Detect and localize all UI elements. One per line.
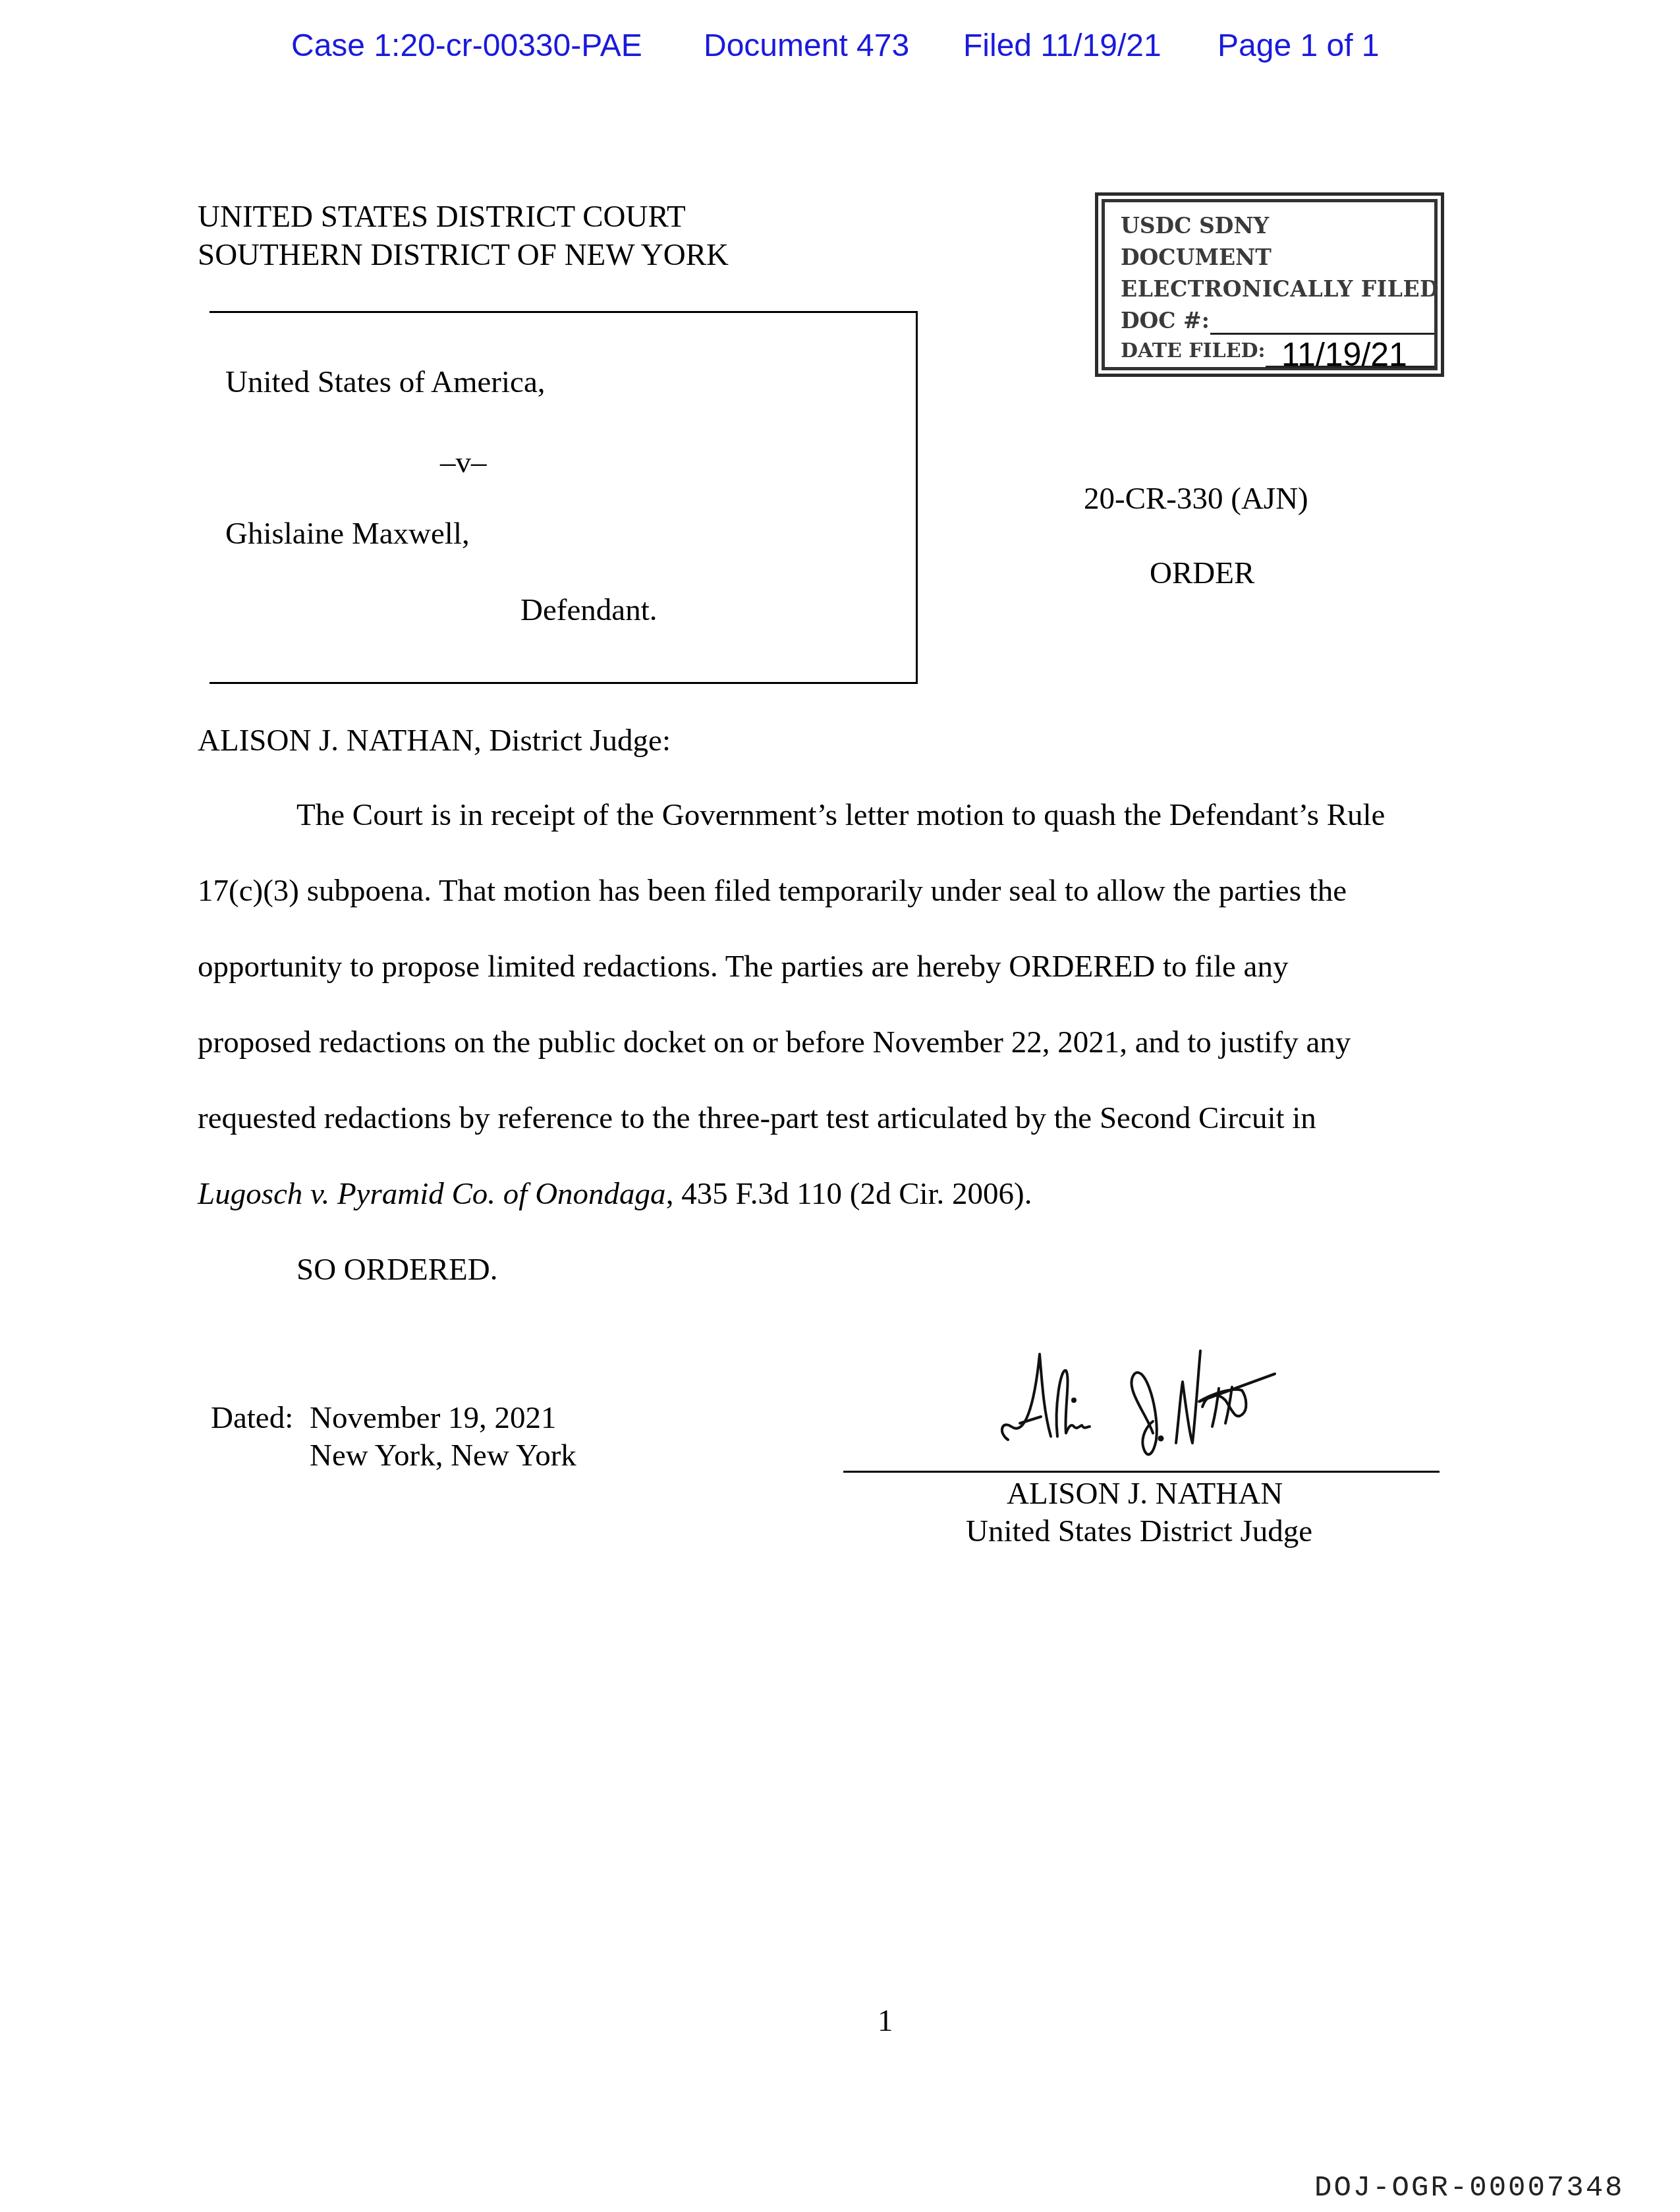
court-name: UNITED STATES DISTRICT COURT	[198, 198, 729, 236]
versus: –v–	[440, 445, 487, 480]
case-citation-reporter: , 435 F.3d 110 (2d Cir. 2006).	[666, 1177, 1032, 1211]
ecf-document-number: Document 473	[704, 28, 909, 64]
body-line: opportunity to propose limited redaction…	[198, 949, 1288, 984]
signature-line	[843, 1471, 1440, 1473]
court-heading: UNITED STATES DISTRICT COURT SOUTHERN DI…	[198, 198, 729, 274]
judge-address: ALISON J. NATHAN, District Judge:	[198, 723, 671, 758]
plaintiff: United States of America,	[225, 364, 546, 400]
case-number: 20-CR-330 (AJN)	[1084, 481, 1308, 517]
filing-stamp: USDC SDNY DOCUMENT ELECTRONICALLY FILED …	[1095, 192, 1444, 377]
filing-stamp-inner: USDC SDNY DOCUMENT ELECTRONICALLY FILED …	[1102, 199, 1438, 370]
body-line: proposed redactions on the public docket…	[198, 1025, 1351, 1060]
so-ordered: SO ORDERED.	[296, 1252, 498, 1288]
body-line: The Court is in receipt of the Governmen…	[296, 797, 1385, 833]
body-line: requested redactions by reference to the…	[198, 1100, 1316, 1136]
stamp-doc-number-line	[1210, 333, 1434, 335]
case-citation-name: Lugosch v. Pyramid Co. of Onondaga	[198, 1177, 666, 1211]
page-number: 1	[878, 2003, 893, 2039]
court-district: SOUTHERN DISTRICT OF NEW YORK	[198, 236, 729, 274]
stamp-date-value: 11/19/21	[1281, 335, 1407, 374]
stamp-court: USDC SDNY	[1121, 213, 1269, 239]
ecf-filed-date: Filed 11/19/21	[963, 28, 1162, 64]
defendant-label: Defendant.	[520, 592, 657, 628]
case-caption-box: United States of America, –v– Ghislaine …	[210, 311, 918, 684]
bates-number: DOJ-OGR-00007348	[1314, 2172, 1624, 2205]
handwritten-signature-icon	[988, 1328, 1331, 1460]
stamp-date-line	[1266, 366, 1434, 368]
ecf-page-count: Page 1 of 1	[1218, 28, 1380, 64]
body-line: 17(c)(3) subpoena. That motion has been …	[198, 873, 1347, 909]
stamp-date-label: DATE FILED:	[1121, 339, 1266, 362]
ecf-case-number: Case 1:20-cr-00330-PAE	[291, 28, 642, 64]
dated-date: November 19, 2021	[310, 1400, 557, 1436]
document-title: ORDER	[1150, 555, 1254, 591]
stamp-electronically-filed: ELECTRONICALLY FILED	[1121, 276, 1439, 302]
ecf-header: Case 1:20-cr-00330-PAE Document 473 File…	[0, 28, 1680, 74]
stamp-doc-label: DOC #:	[1121, 308, 1210, 333]
dated-place: New York, New York	[310, 1438, 576, 1473]
case-citation: Lugosch v. Pyramid Co. of Onondaga, 435 …	[198, 1176, 1032, 1212]
defendant-name: Ghislaine Maxwell,	[225, 516, 470, 552]
signer-name: ALISON J. NATHAN	[1007, 1476, 1283, 1512]
dated-label: Dated:	[211, 1400, 293, 1436]
signer-title: United States District Judge	[966, 1514, 1312, 1549]
stamp-document: DOCUMENT	[1121, 244, 1272, 270]
